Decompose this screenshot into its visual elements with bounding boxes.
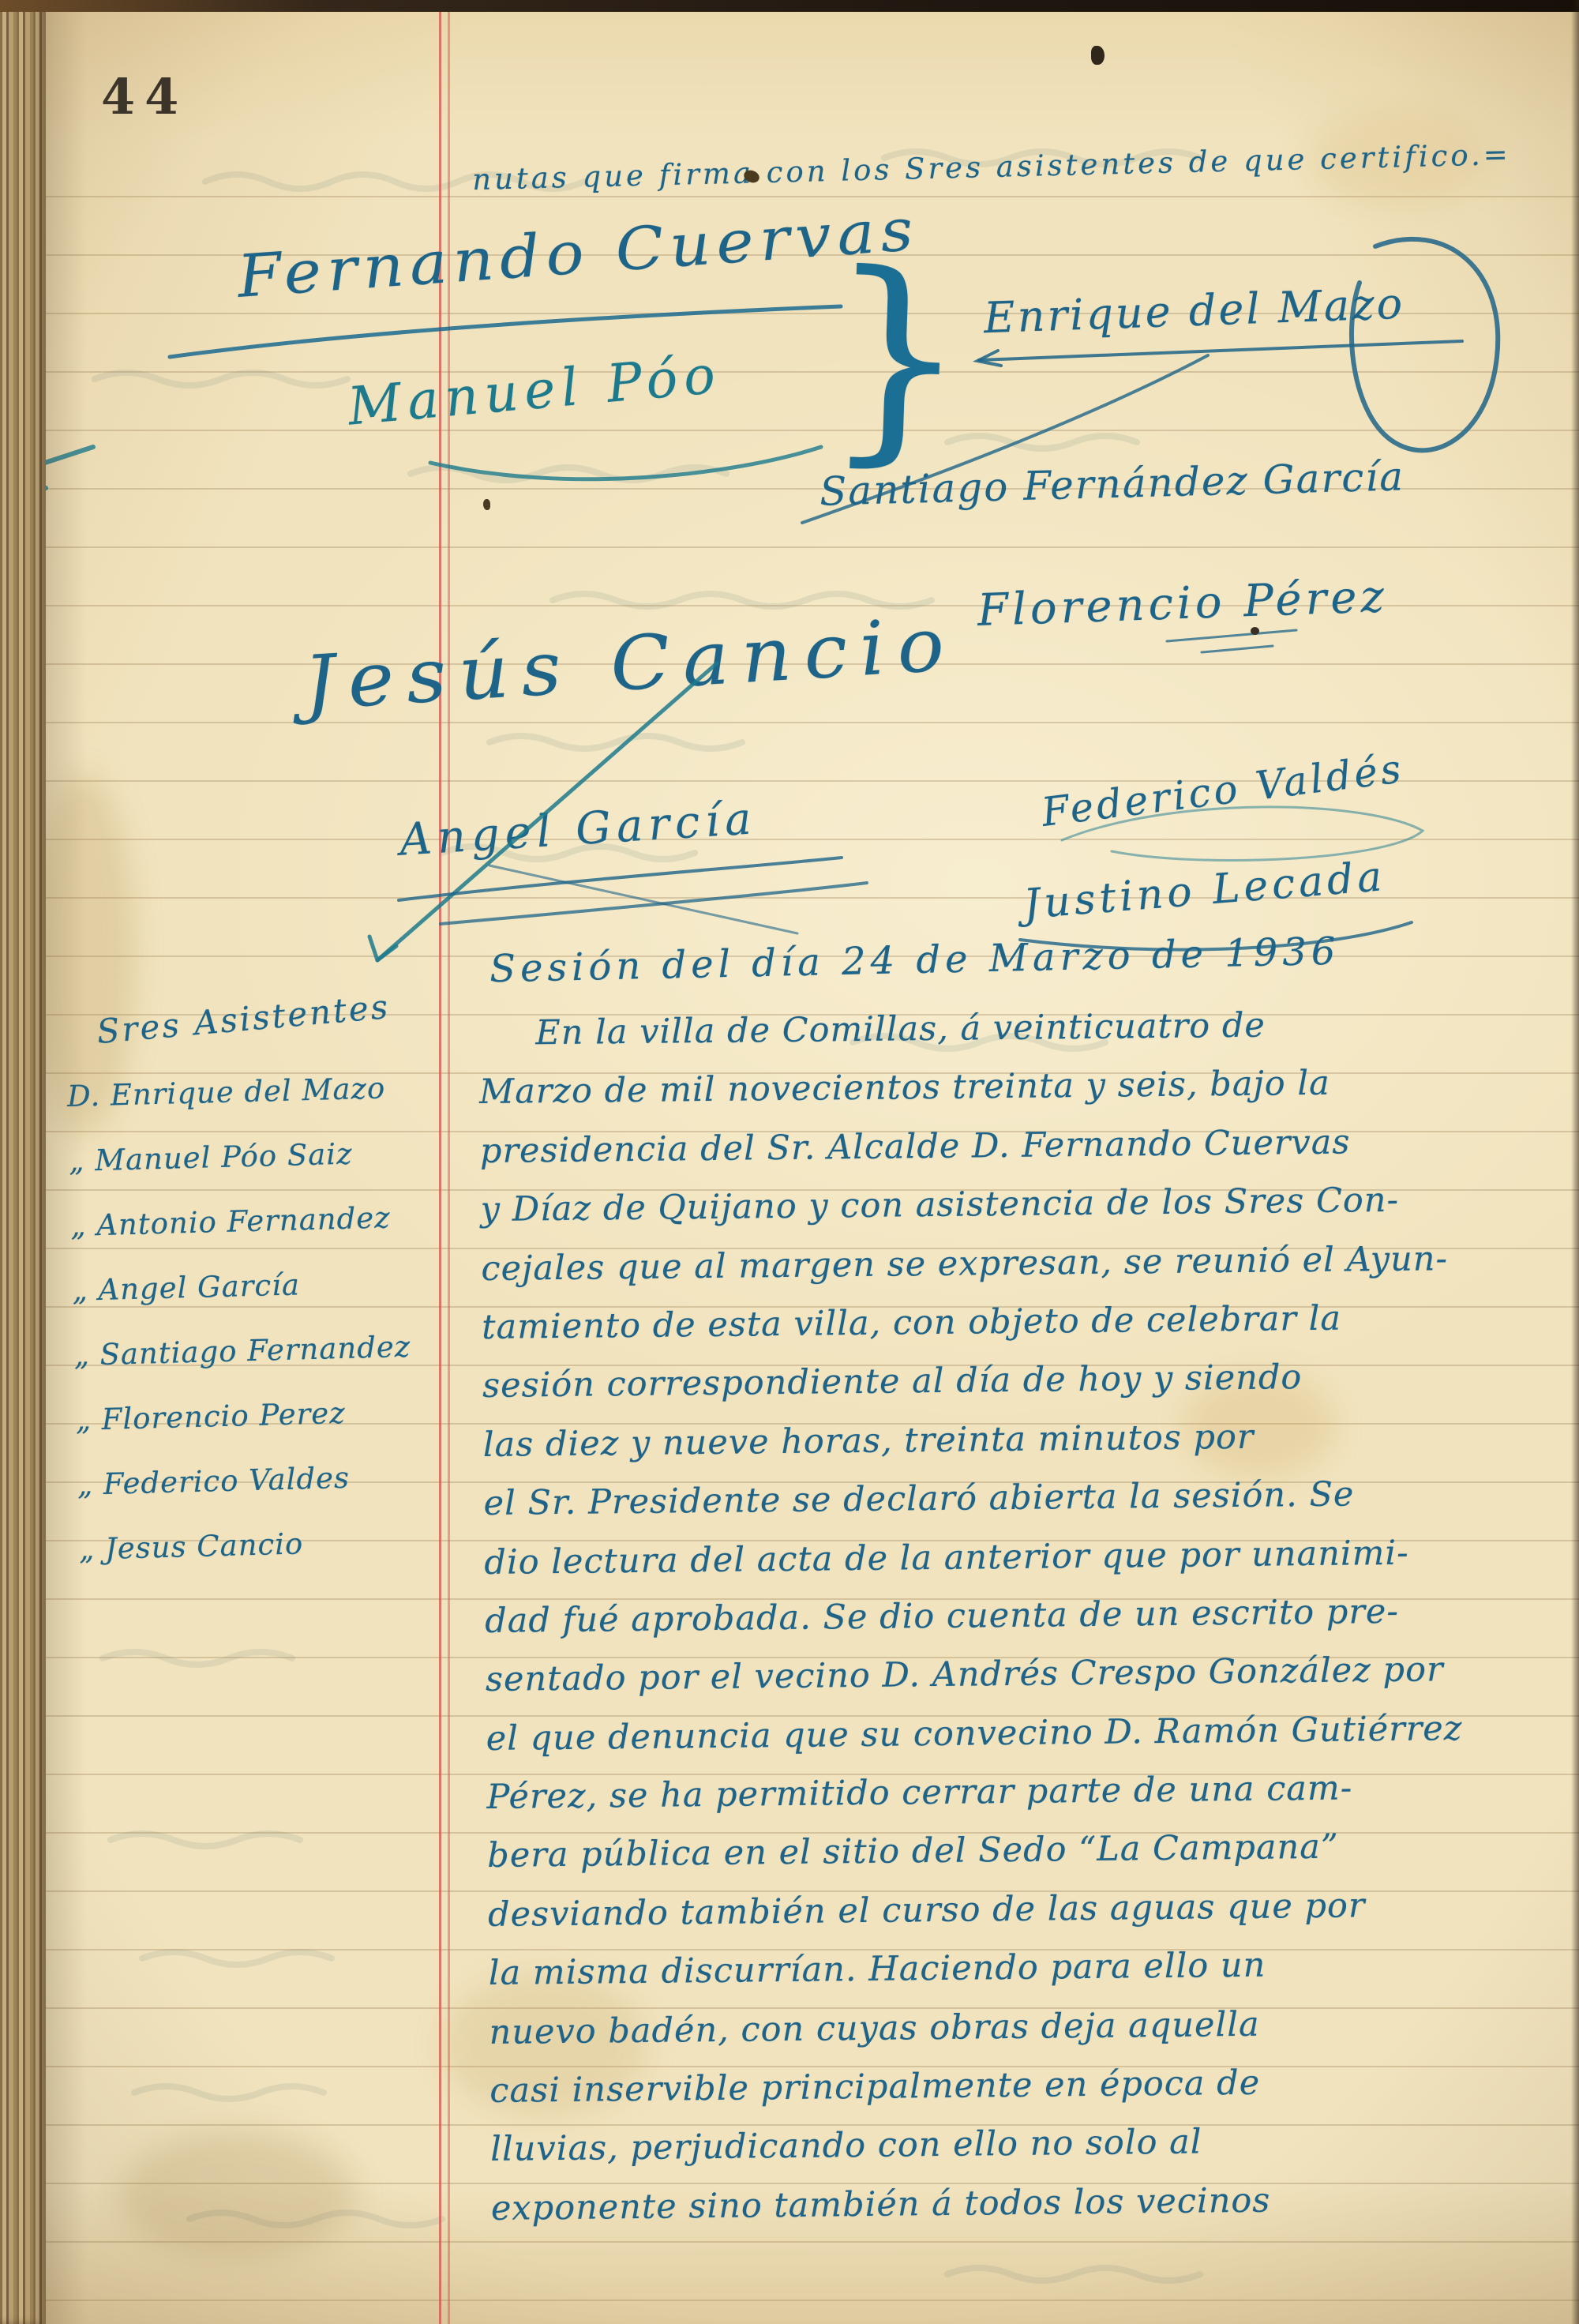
body-line: el que denuncia que su convecino D. Ramó… [486, 1698, 1560, 1768]
brace-flourish: } [823, 252, 971, 462]
body-line: dio lectura del acta de la anterior que … [484, 1522, 1558, 1592]
body-line: las diez y nueve horas, treinta minutos … [482, 1404, 1557, 1474]
body-line: lluvias, perjudicando con ello no solo a… [490, 2109, 1565, 2179]
body-line: nuevo badén, con cuyas obras deja aquell… [489, 1992, 1563, 2062]
attendee-item: „ Antonio Fernandez [69, 1185, 408, 1259]
body-line: y Díaz de Quijano y con asistencia de lo… [480, 1170, 1555, 1240]
attendee-item: D. Enrique del Mazo [66, 1056, 405, 1129]
page-number: 44 [101, 68, 188, 126]
minute-book-page: 44 nutas que firma con los Sres asistent… [0, 0, 1579, 2324]
body-line: casi inservible principalmente en época … [489, 2051, 1564, 2121]
body-line: la misma discurrían. Haciendo para ello … [488, 1933, 1562, 2003]
body-line: desviando también el curso de las aguas … [488, 1875, 1562, 1945]
body-line: cejales que al margen se expresan, se re… [481, 1228, 1555, 1298]
body-line: dad fué aprobada. Se dio cuenta de un es… [485, 1581, 1559, 1651]
paper-stain [118, 2132, 355, 2258]
book-binding-edge [0, 0, 46, 2324]
attendee-item: „ Manuel Póo Saiz [68, 1121, 407, 1194]
page-right-edge-shadow [1571, 0, 1579, 2324]
body-line: presidencia del Sr. Alcalde D. Fernando … [480, 1111, 1555, 1181]
body-line: exponente sino también á todos los vecin… [491, 2168, 1566, 2238]
red-margin-rule [439, 0, 450, 2324]
body-line: Pérez, se ha permitido cerrar parte de u… [486, 1757, 1561, 1827]
attendee-item: „ Federico Valdes [77, 1444, 415, 1518]
body-line: tamiento de esta villa, con objeto de ce… [482, 1287, 1556, 1357]
body-line: En la villa de Comillas, á veinticuatro … [478, 993, 1553, 1064]
ink-blot [1091, 46, 1105, 65]
attendee-item: „ Angel García [71, 1250, 410, 1323]
attendee-item: „ Santiago Fernandez [73, 1315, 412, 1388]
act-body-text: En la villa de Comillas, á veinticuatro … [478, 993, 1565, 2238]
ink-blot [1251, 627, 1259, 635]
body-line: sesión correspondiente al día de hoy y s… [482, 1346, 1557, 1416]
ink-blot [483, 499, 490, 510]
attendee-item: „ Florencio Perez [75, 1380, 414, 1453]
body-line: Marzo de mil novecientos treinta y seis,… [479, 1052, 1554, 1122]
attendee-item: „ Jesus Cancio [78, 1509, 417, 1582]
book-cover-top-edge [0, 0, 1579, 12]
body-line: el Sr. Presidente se declaró abierta la … [483, 1463, 1558, 1534]
body-line: bera pública en el sitio del Sedo “La Ca… [487, 1815, 1562, 1886]
attendees-list: D. Enrique del Mazo „ Manuel Póo Saiz „ … [66, 1056, 417, 1582]
body-line: sentado por el vecino D. Andrés Crespo G… [486, 1639, 1560, 1710]
